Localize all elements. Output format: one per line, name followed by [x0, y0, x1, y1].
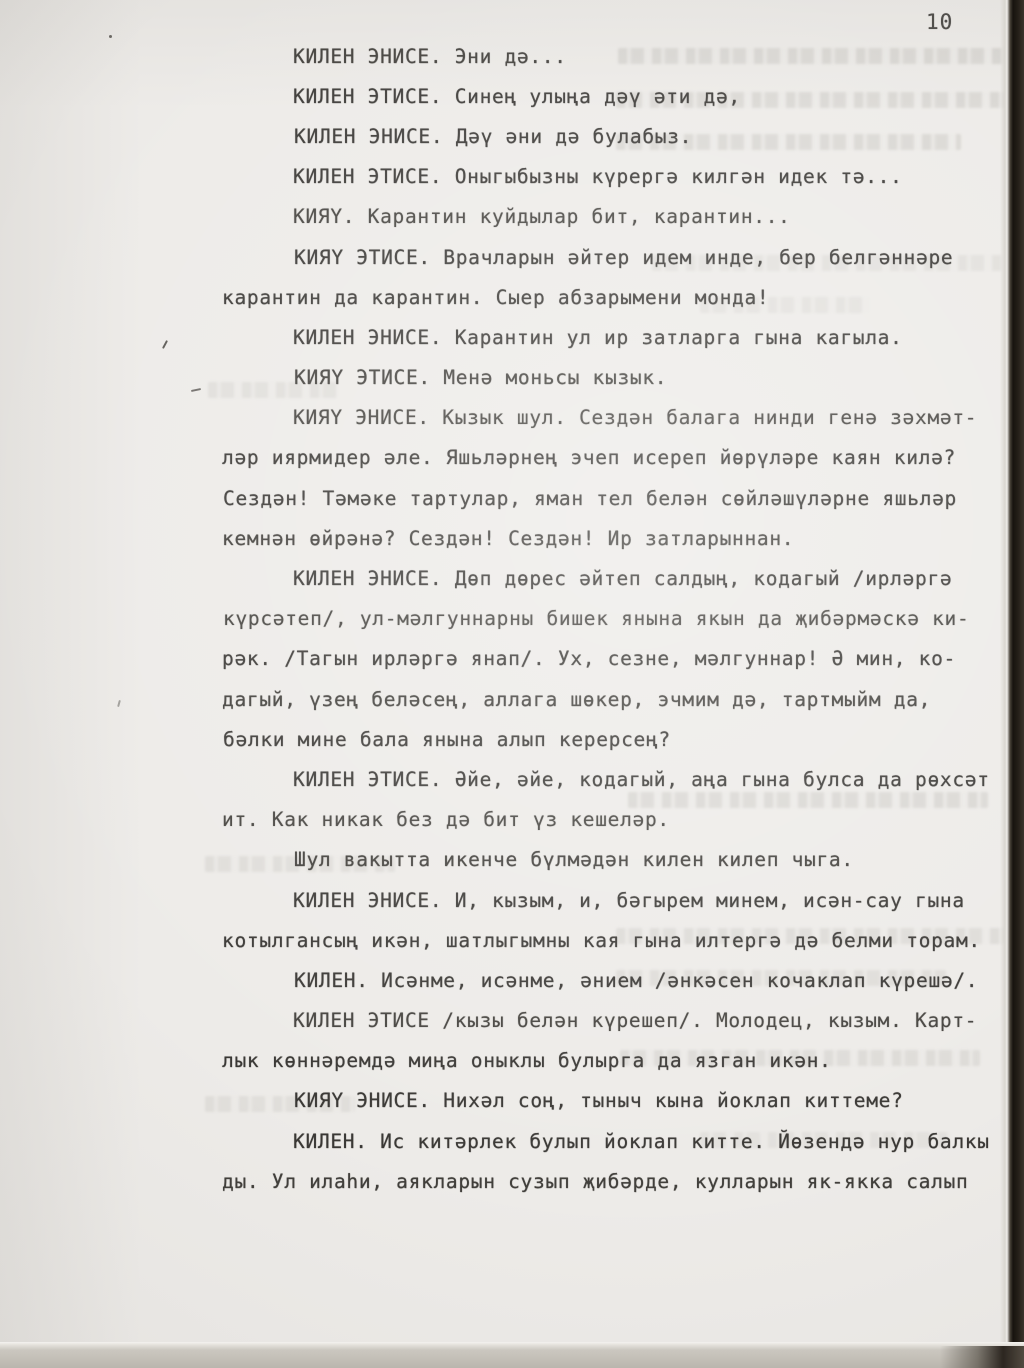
script-line: ләр иярмидер әле. Яшьләрнең эчеп исереп …	[0, 438, 1010, 478]
scan-shadow-corner	[940, 1346, 1024, 1368]
script-line: КИЯҮ ЭНИСЕ. Нихәл соң, тыныч кына йоклап…	[1, 1081, 1011, 1121]
script-line: КИЯҮ ЭНИСЕ. Кызык шул. Сездән балага нин…	[0, 398, 1010, 438]
script-line: КИЛЕН ЭТИСЕ. Оныгыбызны күрергә килгән и…	[0, 157, 1010, 197]
script-line: күрсәтеп/, ул-мәлгуннарны бишек янына як…	[1, 599, 1011, 639]
scan-page-edge-right	[1000, 0, 1024, 1348]
script-line: КИЛЕН ЭНИСЕ. Дәү әни дә булабыз.	[1, 116, 1011, 156]
script-line: карантин да карантин. Сыер абзарымени мо…	[0, 277, 1010, 317]
scan-bed-strip-bottom	[0, 1342, 1024, 1368]
script-line: КИЛЕН ЭНИСЕ. И, кызым, и, бәгырем минем,…	[0, 880, 1010, 920]
script-line: КИЛЕН. Исәнме, исәнме, әнием /әнкәсен ко…	[1, 960, 1011, 1000]
script-line: КИЛЕН. Ис китәрлек булып йоклап китте. Й…	[0, 1121, 1010, 1161]
script-line: КИЛЕН ЭНИСЕ. Эни дә...	[0, 36, 1010, 76]
script-line: КИЛЕН ЭНИСЕ. Карантин ул ир затларга гын…	[0, 317, 1010, 357]
script-line: лык көннәремдә миңа оныклы булырга да яз…	[0, 1041, 1010, 1081]
scanned-document-page: 10 КИЛЕН ЭНИСЕ. Эни дә...КИЛЕН ЭТИСЕ. Си…	[0, 0, 1024, 1368]
script-line: КИЛЕН ЭТИСЕ /кызы белән күрешеп/. Молоде…	[0, 1001, 1010, 1041]
script-line: кемнән өйрәнә? Сездән! Сездән! Ир затлар…	[0, 518, 1010, 558]
script-line: рәк. /Тагын ирләргә янап/. Ух, сезне, мә…	[0, 639, 1010, 679]
script-line: КИЯҮ ЭТИСЕ. Менә моньсы кызык.	[1, 358, 1011, 398]
script-line: КИЛЕН ЭНИСЕ. Дөп дөрес әйтеп салдың, код…	[0, 558, 1010, 598]
script-line: ит. Как никак без дә бит үз кешеләр.	[0, 800, 1010, 840]
script-line: КИЯҮ. Карантин куйдылар бит, карантин...	[0, 197, 1010, 237]
ink-speck	[109, 35, 112, 38]
script-line: бәлки мине бала янына алып керерсең?	[1, 719, 1011, 759]
script-line: дагый, үзең беләсең, аллага шөкер, эчмим…	[0, 679, 1010, 719]
text-block: КИЛЕН ЭНИСЕ. Эни дә...КИЛЕН ЭТИСЕ. Синең…	[0, 36, 1010, 1201]
script-line: КИЯҮ ЭТИСЕ. Врачларын әйтер идем инде, б…	[1, 237, 1011, 277]
script-line: КИЛЕН ЭТИСЕ. Әйе, әйе, кодагый, аңа гына…	[0, 759, 1010, 799]
page-number: 10	[926, 10, 953, 34]
script-line: ды. Ул илаһи, аякларын сузып җибәрде, ку…	[0, 1161, 1010, 1201]
script-line: котылгансың икән, шатлыгымны кая гына ил…	[0, 920, 1010, 960]
script-line: КИЛЕН ЭТИСЕ. Синең улыңа дәү әти дә,	[0, 76, 1010, 116]
script-line: Сездән! Тәмәке тартулар, яман тел белән …	[1, 478, 1011, 518]
stage-direction-line: Шул вакытта икенче бүлмәдән килен килеп …	[1, 840, 1011, 880]
